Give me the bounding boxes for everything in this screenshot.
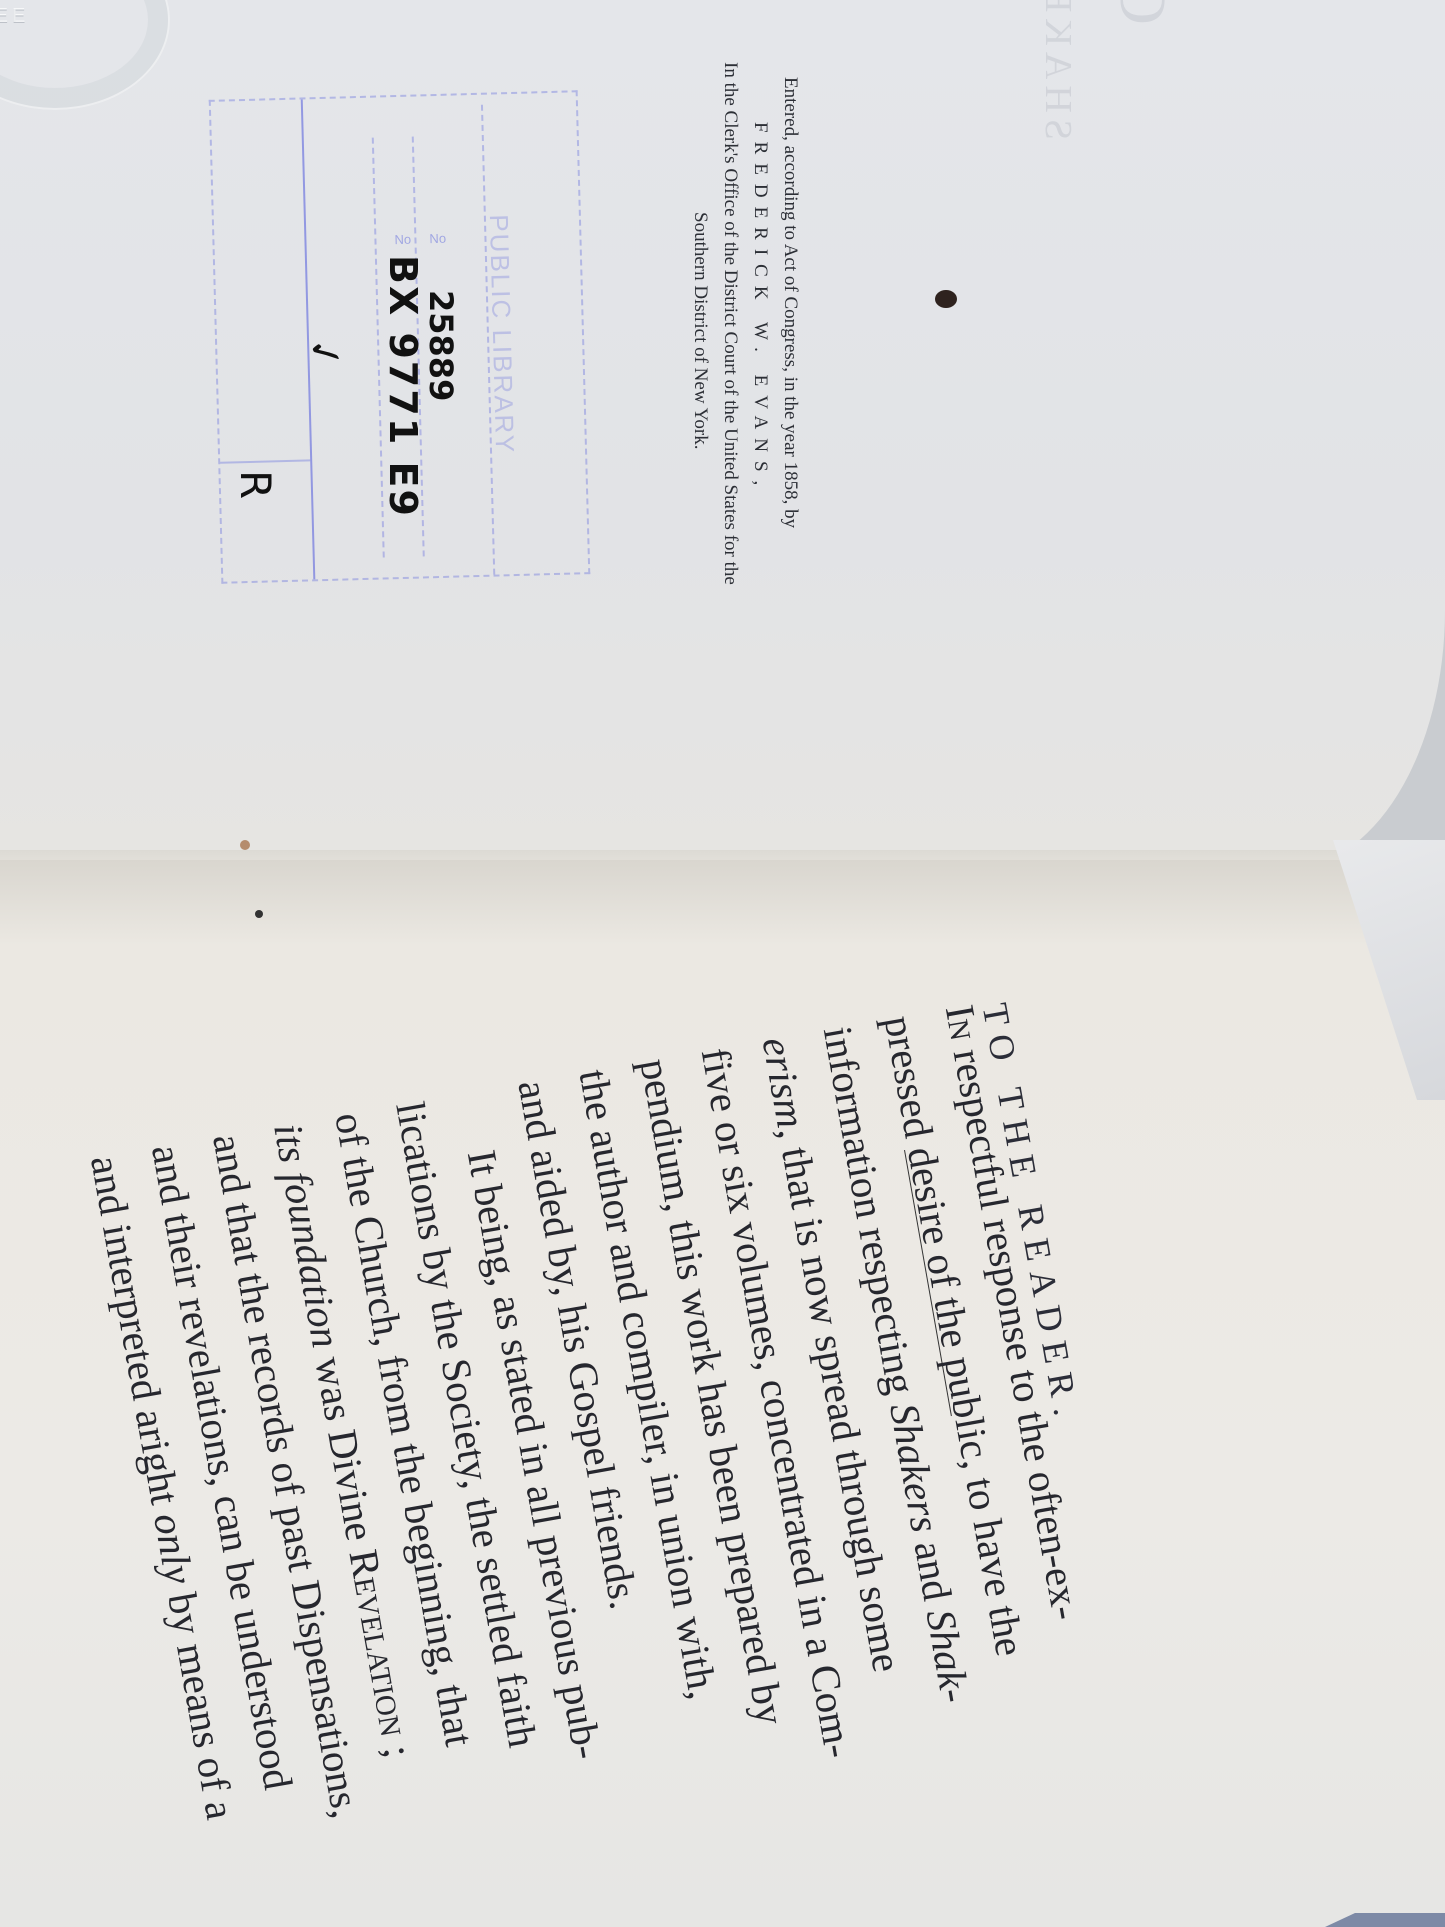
text-run: and <box>904 1528 963 1614</box>
italic-text: erism <box>754 1034 815 1132</box>
copyright-line-4: Southern District of New York. <box>685 62 715 585</box>
seal-text: FREE <box>0 5 29 28</box>
bleed-through-title: COMPENDIUM <box>1104 0 1180 25</box>
copyright-notice: Entered, according to Act of Congress, i… <box>685 62 805 585</box>
call-number: BX 9771 E9 <box>381 255 425 518</box>
stamp-initial: R <box>231 470 280 499</box>
italic-text: only <box>145 1510 203 1588</box>
stamp-title: PUBLIC LIBRARY <box>483 214 520 455</box>
stamp-label: No <box>429 231 446 246</box>
ink-spot <box>935 290 957 308</box>
ink-speck <box>255 910 263 918</box>
copyright-line-3: In the Clerk's Office of the District Co… <box>715 62 745 585</box>
italic-text: Shak- <box>918 1606 980 1706</box>
accession-number: 25889 <box>422 290 460 401</box>
copyright-author: FREDERICK W. EVANS, <box>745 62 775 585</box>
copyright-line-1: Entered, according to Act of Congress, i… <box>775 62 805 585</box>
foxing-spot <box>240 840 250 850</box>
stamp-label: No <box>394 232 411 247</box>
bleed-through-subtitle: SHAKERS <box>1036 0 1080 140</box>
